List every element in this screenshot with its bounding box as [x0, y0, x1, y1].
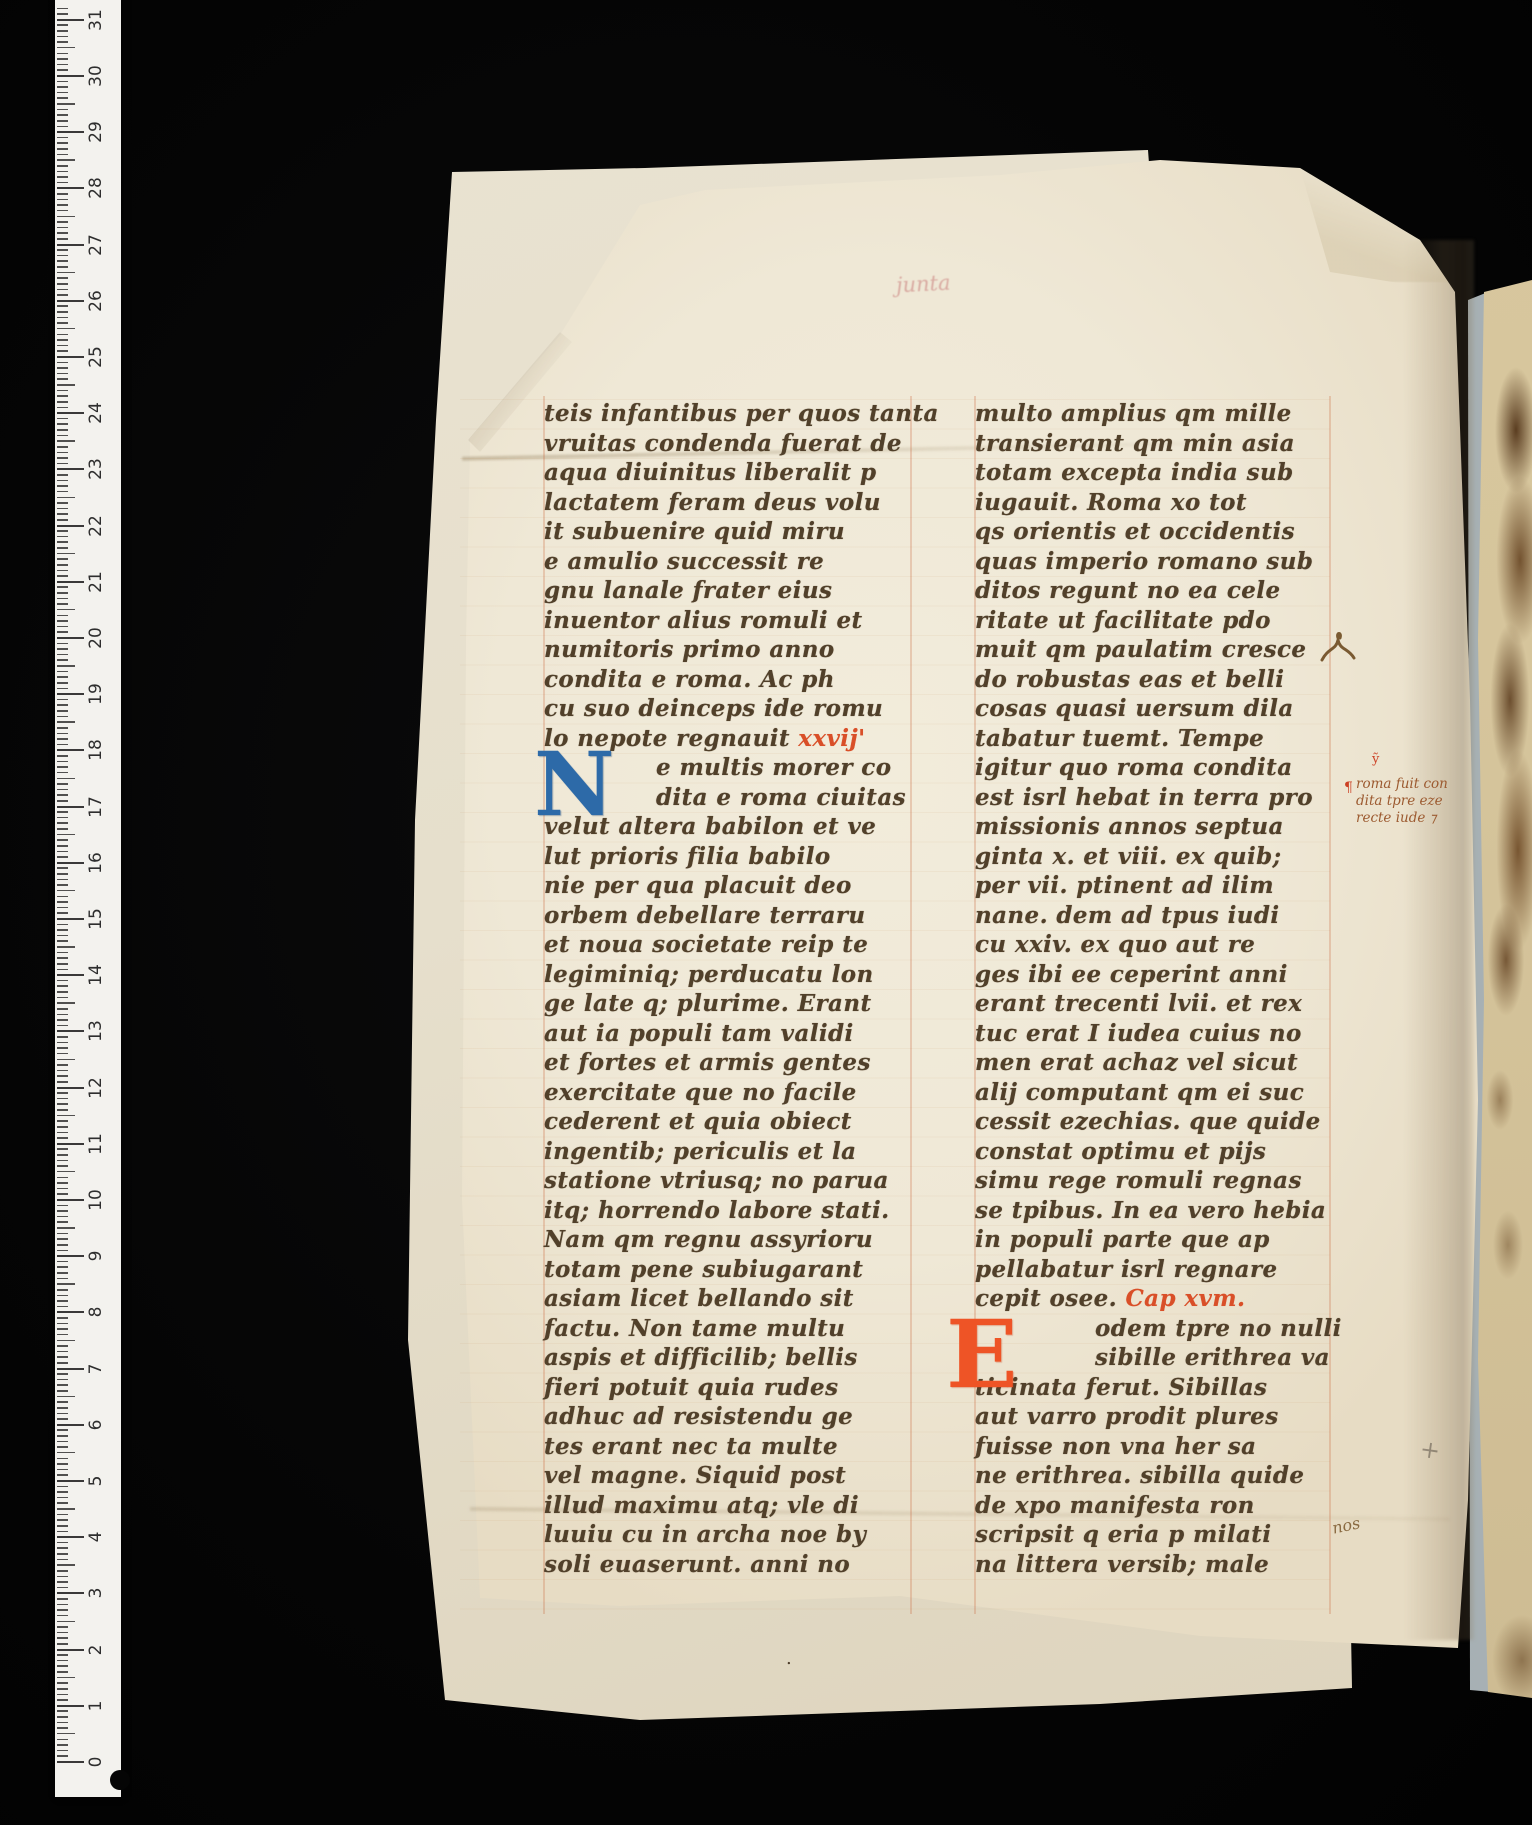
text-line: orbem debellare terraru	[544, 900, 916, 930]
text-line: et noua societate reip te	[544, 930, 916, 960]
line-text: dita e roma ciuitas	[656, 783, 906, 811]
ruler-number: 2	[86, 1637, 106, 1663]
mm-tick	[57, 547, 68, 549]
line-text: legiminiq; perducatu lon	[544, 960, 874, 988]
text-line: cosas quasi uersum dila	[975, 694, 1327, 724]
cm-tick	[57, 131, 84, 133]
red-pen-trial: ỹ	[1372, 752, 1379, 767]
cm-tick	[57, 637, 84, 639]
cm-tick	[57, 1536, 84, 1538]
mm-tick	[57, 1210, 68, 1212]
mm-tick	[57, 41, 68, 43]
mm-tick	[57, 322, 68, 324]
text-line: totam pene subiugarant	[544, 1254, 916, 1284]
text-line: Nam qm regnu assyrioru	[544, 1225, 916, 1255]
mm-tick	[57, 1429, 68, 1431]
mm-tick	[57, 255, 68, 257]
flourish-icon	[1318, 630, 1362, 670]
mm-tick	[57, 92, 68, 94]
text-line: ingentib; periculis et la	[544, 1136, 916, 1166]
mm-tick	[57, 1559, 68, 1561]
mm-tick	[57, 1289, 68, 1291]
mm-tick	[57, 1036, 68, 1038]
mm-tick	[57, 957, 68, 959]
ruler-number: 15	[86, 906, 106, 932]
mm-tick	[57, 1441, 68, 1443]
cm-tick	[57, 525, 84, 527]
text-line: ne erithrea. sibilla quide	[975, 1461, 1327, 1491]
line-text: nie per qua placuit deo	[544, 872, 852, 900]
mm-tick	[57, 1671, 68, 1673]
line-text: iugauit. Roma xo tot	[975, 488, 1247, 516]
text-line: quas imperio romano sub	[975, 546, 1327, 576]
line-text: aspis et difficilib; bellis	[544, 1344, 858, 1372]
line-text: ginta x. et viii. ex quib;	[975, 842, 1282, 870]
line-text: e multis morer co	[656, 754, 891, 782]
mm-tick	[57, 1519, 68, 1521]
mm-tick	[57, 159, 75, 161]
mm-tick	[57, 839, 68, 841]
mm-tick	[57, 940, 68, 942]
mm-tick	[57, 659, 68, 661]
line-text: exercitate que no facile	[544, 1078, 857, 1106]
mm-tick	[57, 834, 75, 836]
line-text: de xpo manifesta ron	[975, 1491, 1255, 1519]
mm-tick	[57, 1008, 68, 1010]
mm-tick	[57, 97, 68, 99]
mm-tick	[57, 1407, 68, 1409]
mm-tick	[57, 1458, 68, 1460]
text-line: cepit osee. Cap xvm.	[975, 1284, 1327, 1314]
mm-tick	[57, 1115, 75, 1117]
mm-tick	[57, 328, 75, 330]
mm-tick	[57, 36, 68, 38]
mm-tick	[57, 710, 68, 712]
line-text: ne erithrea. sibilla quide	[975, 1462, 1304, 1490]
line-text: vel magne. Siquid post	[544, 1462, 846, 1490]
mm-tick	[57, 727, 68, 729]
ruler-number: 14	[86, 962, 106, 988]
line-text: ticinata ferut. Sibillas	[975, 1373, 1267, 1401]
mm-tick	[57, 305, 68, 307]
text-line: in populi parte que ap	[975, 1225, 1327, 1255]
rubric-text: Cap xvm.	[1125, 1285, 1245, 1313]
text-line: muit qm paulatim cresce	[975, 635, 1327, 665]
manuscript-photograph: teis infantibus per quos tantavruitas co…	[0, 0, 1532, 1825]
mm-tick	[57, 1373, 68, 1375]
text-line: cessit ezechias. que quide	[975, 1107, 1327, 1137]
mm-tick	[57, 1014, 68, 1016]
text-line: exercitate que no facile	[544, 1077, 916, 1107]
mm-tick	[57, 277, 68, 279]
cm-tick	[57, 1649, 84, 1651]
mm-tick	[57, 345, 68, 347]
mm-tick	[57, 1576, 68, 1578]
line-text: cu xxiv. ex quo aut re	[975, 931, 1255, 959]
text-line: statione vtriusq; no parua	[544, 1166, 916, 1196]
line-text: lactatem feram deus volu	[544, 488, 881, 516]
text-line: it subuenire quid miru	[544, 517, 916, 547]
mm-tick	[57, 1750, 68, 1752]
mm-tick	[57, 946, 75, 948]
mm-tick	[57, 1469, 68, 1471]
mm-tick	[57, 1025, 68, 1027]
ruler-number: 5	[86, 1468, 106, 1494]
mm-tick	[57, 884, 68, 886]
mm-tick	[57, 856, 68, 858]
line-text: sibille erithrea va	[1095, 1344, 1330, 1372]
cm-tick	[57, 356, 84, 358]
text-line: sibille erithrea va	[975, 1343, 1327, 1373]
mm-tick	[57, 1401, 68, 1403]
mm-tick	[57, 1654, 68, 1656]
mm-tick	[57, 783, 68, 785]
mm-tick	[57, 1075, 68, 1077]
mm-tick	[57, 238, 68, 240]
mm-tick	[57, 879, 68, 881]
mm-tick	[57, 1604, 68, 1606]
mm-tick	[57, 272, 75, 274]
mm-tick	[57, 744, 68, 746]
line-text: qs orientis et occidentis	[975, 518, 1295, 546]
line-text: luuiu cu in archa noe by	[544, 1521, 866, 1549]
text-line: cederent et quia obiect	[544, 1107, 916, 1137]
mm-tick	[57, 733, 68, 735]
mm-tick	[57, 1621, 75, 1623]
margin-note-line: roma fuit con	[1356, 776, 1476, 793]
line-text: et fortes et armis gentes	[544, 1049, 871, 1077]
mm-tick	[57, 845, 68, 847]
mm-tick	[57, 395, 68, 397]
ruler-number: 16	[86, 850, 106, 876]
text-line: fuisse non vna her sa	[975, 1431, 1327, 1461]
mm-tick	[57, 418, 68, 420]
cm-tick	[57, 412, 84, 414]
mm-tick	[57, 688, 68, 690]
mm-tick	[57, 991, 68, 993]
mm-tick	[57, 1643, 68, 1645]
text-line: constat optimu et pijs	[975, 1136, 1327, 1166]
line-text: aut ia populi tam validi	[544, 1019, 854, 1047]
cm-tick	[57, 1030, 84, 1032]
text-line: se tpibus. In ea vero hebia	[975, 1195, 1327, 1225]
mm-tick	[57, 221, 68, 223]
line-text: condita e roma. Ac ph	[544, 665, 835, 693]
mm-tick	[57, 86, 68, 88]
line-text: vruitas condenda fuerat de	[544, 429, 902, 457]
mm-tick	[57, 171, 68, 173]
line-text: ditos regunt no ea cele	[975, 577, 1280, 605]
text-line: nane. dem ad tpus iudi	[975, 900, 1327, 930]
mm-tick	[57, 1323, 68, 1325]
mm-tick	[57, 1508, 75, 1510]
mm-tick	[57, 13, 68, 15]
ruler-number: 24	[86, 400, 106, 426]
line-text: simu rege romuli regnas	[975, 1167, 1302, 1195]
line-text: nane. dem ad tpus iudi	[975, 901, 1280, 929]
mm-tick	[57, 407, 68, 409]
mm-tick	[57, 626, 68, 628]
line-text: adhuc ad resistendu ge	[544, 1403, 853, 1431]
mm-tick	[57, 1092, 68, 1094]
mm-tick	[57, 378, 68, 380]
mm-tick	[57, 384, 75, 386]
text-line: qs orientis et occidentis	[975, 517, 1327, 547]
text-line: multo amplius qm mille	[975, 399, 1327, 429]
cm-tick	[57, 1424, 84, 1426]
mm-tick	[57, 497, 75, 499]
mm-tick	[57, 586, 68, 588]
line-text: inuentor alius romuli et	[544, 606, 863, 634]
line-text: teis infantibus per quos tanta	[544, 400, 939, 428]
mm-tick	[57, 1564, 75, 1566]
mm-tick	[57, 1474, 68, 1476]
mm-tick	[57, 423, 68, 425]
mm-tick	[57, 676, 68, 678]
mm-tick	[57, 1626, 68, 1628]
ruler-number: 3	[86, 1580, 106, 1606]
mm-tick	[57, 721, 75, 723]
mm-tick	[57, 429, 68, 431]
line-text: multo amplius qm mille	[975, 400, 1292, 428]
mm-tick	[57, 575, 68, 577]
mm-tick	[57, 1615, 68, 1617]
ruler-number: 26	[86, 288, 106, 314]
mm-tick	[57, 362, 68, 364]
mm-tick	[57, 390, 68, 392]
mm-tick	[57, 794, 68, 796]
mm-tick	[57, 1660, 68, 1662]
mm-tick	[57, 266, 68, 268]
faint-top-inscription: junta	[895, 271, 951, 298]
ruler-number: 21	[86, 569, 106, 595]
cm-tick	[57, 468, 84, 470]
text-line: iugauit. Roma xo tot	[975, 487, 1327, 517]
text-line: vruitas condenda fuerat de	[544, 428, 916, 458]
mm-tick	[57, 615, 68, 617]
mm-tick	[57, 671, 68, 673]
text-line: vel magne. Siquid post	[544, 1461, 916, 1491]
ruler-number: 10	[86, 1187, 106, 1213]
ruler-number: 9	[86, 1243, 106, 1269]
text-column-1: teis infantibus per quos tantavruitas co…	[544, 399, 916, 1579]
mm-tick	[57, 1491, 68, 1493]
mm-tick	[57, 811, 68, 813]
line-text: odem tpre no nulli	[1095, 1314, 1342, 1342]
mm-tick	[57, 1283, 75, 1285]
mm-tick	[57, 367, 68, 369]
mm-tick	[57, 603, 68, 605]
text-line: odem tpre no nulli	[975, 1313, 1327, 1343]
line-text: numitoris primo anno	[544, 636, 835, 664]
text-line: per vii. ptinent ad ilim	[975, 871, 1327, 901]
line-text: alij computant qm ei suc	[975, 1078, 1304, 1106]
mm-tick	[57, 199, 68, 201]
mm-tick	[57, 1098, 68, 1100]
ruler-number: 31	[86, 7, 106, 33]
mm-tick	[57, 952, 68, 954]
mm-tick	[57, 1126, 68, 1128]
mm-tick	[57, 541, 68, 543]
mm-tick	[57, 1148, 68, 1150]
mm-tick	[57, 1502, 68, 1504]
mm-tick	[57, 1193, 68, 1195]
mm-tick	[57, 1413, 68, 1415]
mm-tick	[57, 789, 68, 791]
mm-tick	[57, 1002, 75, 1004]
text-line: aspis et difficilib; bellis	[544, 1343, 916, 1373]
margin-note: roma fuit condita tpre ezerecte iude ⁊	[1356, 776, 1476, 827]
line-filler-flourish	[1318, 630, 1362, 674]
mm-tick	[57, 53, 68, 55]
line-text: totam pene subiugarant	[544, 1255, 863, 1283]
mm-tick	[57, 648, 68, 650]
margin-note-line: recte iude ⁊	[1356, 810, 1476, 827]
mm-tick	[57, 1250, 68, 1252]
line-text: do robustas eas et belli	[975, 665, 1284, 693]
line-text: tes erant nec ta multe	[544, 1432, 838, 1460]
text-line: pellabatur isrl regnare	[975, 1254, 1327, 1284]
text-line: legiminiq; perducatu lon	[544, 959, 916, 989]
mm-tick	[57, 373, 68, 375]
line-text: illud maximu atq; vle di	[544, 1491, 859, 1519]
mm-tick	[57, 1081, 68, 1083]
line-text: in populi parte que ap	[975, 1226, 1270, 1254]
line-text: ingentib; periculis et la	[544, 1137, 856, 1165]
ruler-number: 12	[86, 1075, 106, 1101]
mm-tick	[57, 1295, 68, 1297]
mm-tick	[57, 446, 68, 448]
mm-tick	[57, 24, 68, 26]
ruler-number: 13	[86, 1018, 106, 1044]
mm-tick	[57, 58, 68, 60]
mm-tick	[57, 969, 68, 971]
line-text: cosas quasi uersum dila	[975, 695, 1294, 723]
mm-tick	[57, 311, 68, 313]
mm-tick	[57, 1227, 75, 1229]
mm-tick	[57, 103, 75, 105]
mm-tick	[57, 148, 68, 150]
line-text: est isrl hebat in terra pro	[975, 783, 1313, 811]
line-text: fuisse non vna her sa	[975, 1432, 1256, 1460]
line-text: aut varro prodit plures	[975, 1403, 1279, 1431]
mm-tick	[57, 851, 68, 853]
cm-tick	[57, 1592, 84, 1594]
mm-tick	[57, 513, 68, 515]
mm-tick	[57, 165, 68, 167]
mm-tick	[57, 890, 75, 892]
mm-tick	[57, 457, 68, 459]
line-text: asiam licet bellando sit	[544, 1285, 854, 1313]
text-line: gnu lanale frater eius	[544, 576, 916, 606]
mm-tick	[57, 896, 68, 898]
text-line: cu xxiv. ex quo aut re	[975, 930, 1327, 960]
line-text: lut prioris filia babilo	[544, 842, 831, 870]
line-text: ges ibi ee ceperint anni	[975, 960, 1288, 988]
cm-tick	[57, 300, 84, 302]
mm-tick	[57, 1727, 68, 1729]
mm-tick	[57, 334, 68, 336]
mm-tick	[57, 980, 68, 982]
text-column-2: multo amplius qm milletransierant qm min…	[975, 399, 1327, 1579]
ruler-number: 18	[86, 737, 106, 763]
mm-tick	[57, 114, 68, 116]
line-text: soli euaserunt. anni no	[544, 1550, 850, 1578]
text-line: missionis annos septua	[975, 812, 1327, 842]
ruler-number: 0	[86, 1749, 106, 1775]
mm-tick	[57, 1587, 68, 1589]
text-line: scripsit q eria p milati	[975, 1520, 1327, 1550]
mm-tick	[57, 935, 68, 937]
text-line: ritate ut facilitate pdo	[975, 605, 1327, 635]
mm-tick	[57, 620, 68, 622]
line-text: e amulio successit re	[544, 547, 824, 575]
mm-tick	[57, 867, 68, 869]
mm-tick	[57, 1677, 75, 1679]
mm-tick	[57, 154, 68, 156]
cm-tick	[57, 244, 84, 246]
mm-tick	[57, 1070, 68, 1072]
text-line: fieri potuit quia rudes	[544, 1372, 916, 1402]
text-line: ditos regunt no ea cele	[975, 576, 1327, 606]
ruler-number: 17	[86, 794, 106, 820]
mm-tick	[57, 738, 68, 740]
mm-tick	[57, 766, 68, 768]
ruler-number: 22	[86, 513, 106, 539]
line-text: et noua societate reip te	[544, 931, 868, 959]
mm-tick	[57, 924, 68, 926]
mm-tick	[57, 249, 68, 251]
line-text: na littera versib; male	[975, 1550, 1269, 1578]
mm-tick	[57, 912, 68, 914]
mm-tick	[57, 1244, 68, 1246]
text-line: simu rege romuli regnas	[975, 1166, 1327, 1196]
cm-tick	[57, 1368, 84, 1370]
text-line: tabatur tuemt. Tempe	[975, 723, 1327, 753]
text-line: luuiu cu in archa noe by	[544, 1520, 916, 1550]
mm-tick	[57, 1306, 68, 1308]
mm-tick	[57, 1182, 68, 1184]
mm-tick	[57, 1637, 68, 1639]
mm-tick	[57, 69, 68, 71]
mm-tick	[57, 485, 68, 487]
mm-tick	[57, 704, 68, 706]
mm-tick	[57, 1384, 68, 1386]
ruler-number: 28	[86, 175, 106, 201]
mm-tick	[57, 800, 68, 802]
mm-tick	[57, 519, 68, 521]
line-text: factu. Non tame multu	[544, 1314, 845, 1342]
line-text: pellabatur isrl regnare	[975, 1255, 1278, 1283]
line-text: totam excepta india sub	[975, 459, 1294, 487]
mm-tick	[57, 1542, 68, 1544]
mm-tick	[57, 761, 68, 763]
mm-tick	[57, 350, 68, 352]
text-line: do robustas eas et belli	[975, 664, 1327, 694]
text-line: ges ibi ee ceperint anni	[975, 959, 1327, 989]
cm-tick	[57, 862, 84, 864]
ruler-number: 27	[86, 232, 106, 258]
margin-cross-mark: +	[1418, 1435, 1442, 1466]
mm-tick	[57, 1120, 68, 1122]
mm-tick	[57, 1216, 68, 1218]
mm-tick	[57, 1609, 68, 1611]
mm-tick	[57, 963, 68, 965]
text-line: totam excepta india sub	[975, 458, 1327, 488]
text-line: tes erant nec ta multe	[544, 1431, 916, 1461]
mm-tick	[57, 339, 68, 341]
line-text: missionis annos septua	[975, 813, 1284, 841]
